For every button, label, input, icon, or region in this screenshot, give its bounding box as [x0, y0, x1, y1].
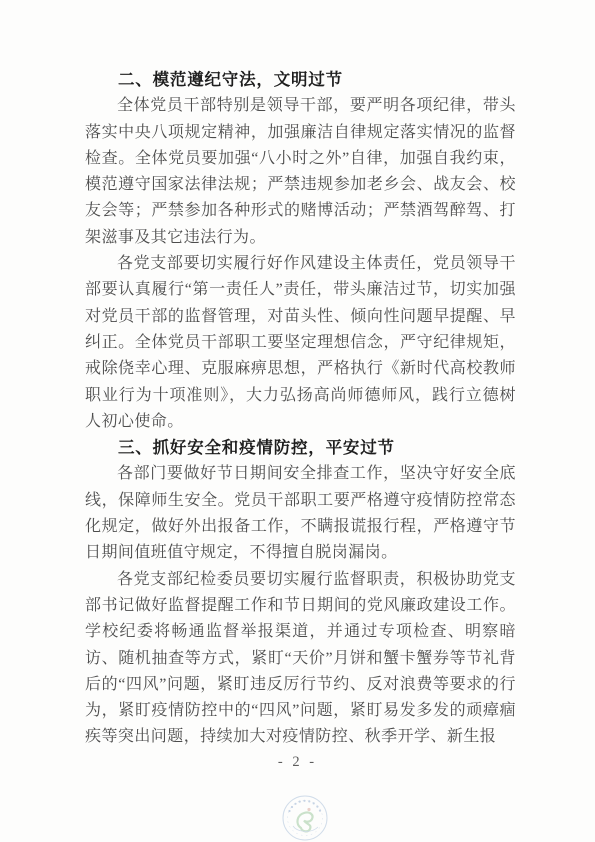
document-page: 二、模范遵纪守法，文明过节 全体党员干部特别是领导干部，要严明各项纪律，带头落实… [0, 0, 595, 842]
section-heading: 三、抓好安全和疫情防控，平安过节 [85, 435, 516, 461]
section-safety: 三、抓好安全和疫情防控，平安过节 各部门要做好节日期间安全排查工作，坚决守好安全… [85, 435, 516, 751]
document-body: 二、模范遵纪守法，文明过节 全体党员干部特别是领导干部，要严明各项纪律，带头落实… [85, 67, 516, 751]
section-discipline: 二、模范遵纪守法，文明过节 全体党员干部特别是领导干部，要严明各项纪律，带头落实… [85, 67, 516, 435]
paragraph: 全体党员干部特别是领导干部，要严明各项纪律，带头落实中央八项规定精神，加强廉洁自… [85, 93, 516, 251]
section-heading: 二、模范遵纪守法，文明过节 [85, 67, 516, 93]
paragraph: 各党支部纪检委员要切实履行监督职责，积极协助党支部书记做好监督提醒工作和节日期间… [85, 567, 516, 751]
school-seal-watermark-icon [281, 794, 329, 842]
page-number: - 2 - [0, 754, 595, 771]
paragraph: 各部门要做好节日期间安全排查工作，坚决守好安全底线，保障师生安全。党员干部职工要… [85, 461, 516, 566]
paragraph: 各党支部要切实履行好作风建设主体责任，党员领导干部要认真履行“第一责任人”责任，… [85, 251, 516, 435]
